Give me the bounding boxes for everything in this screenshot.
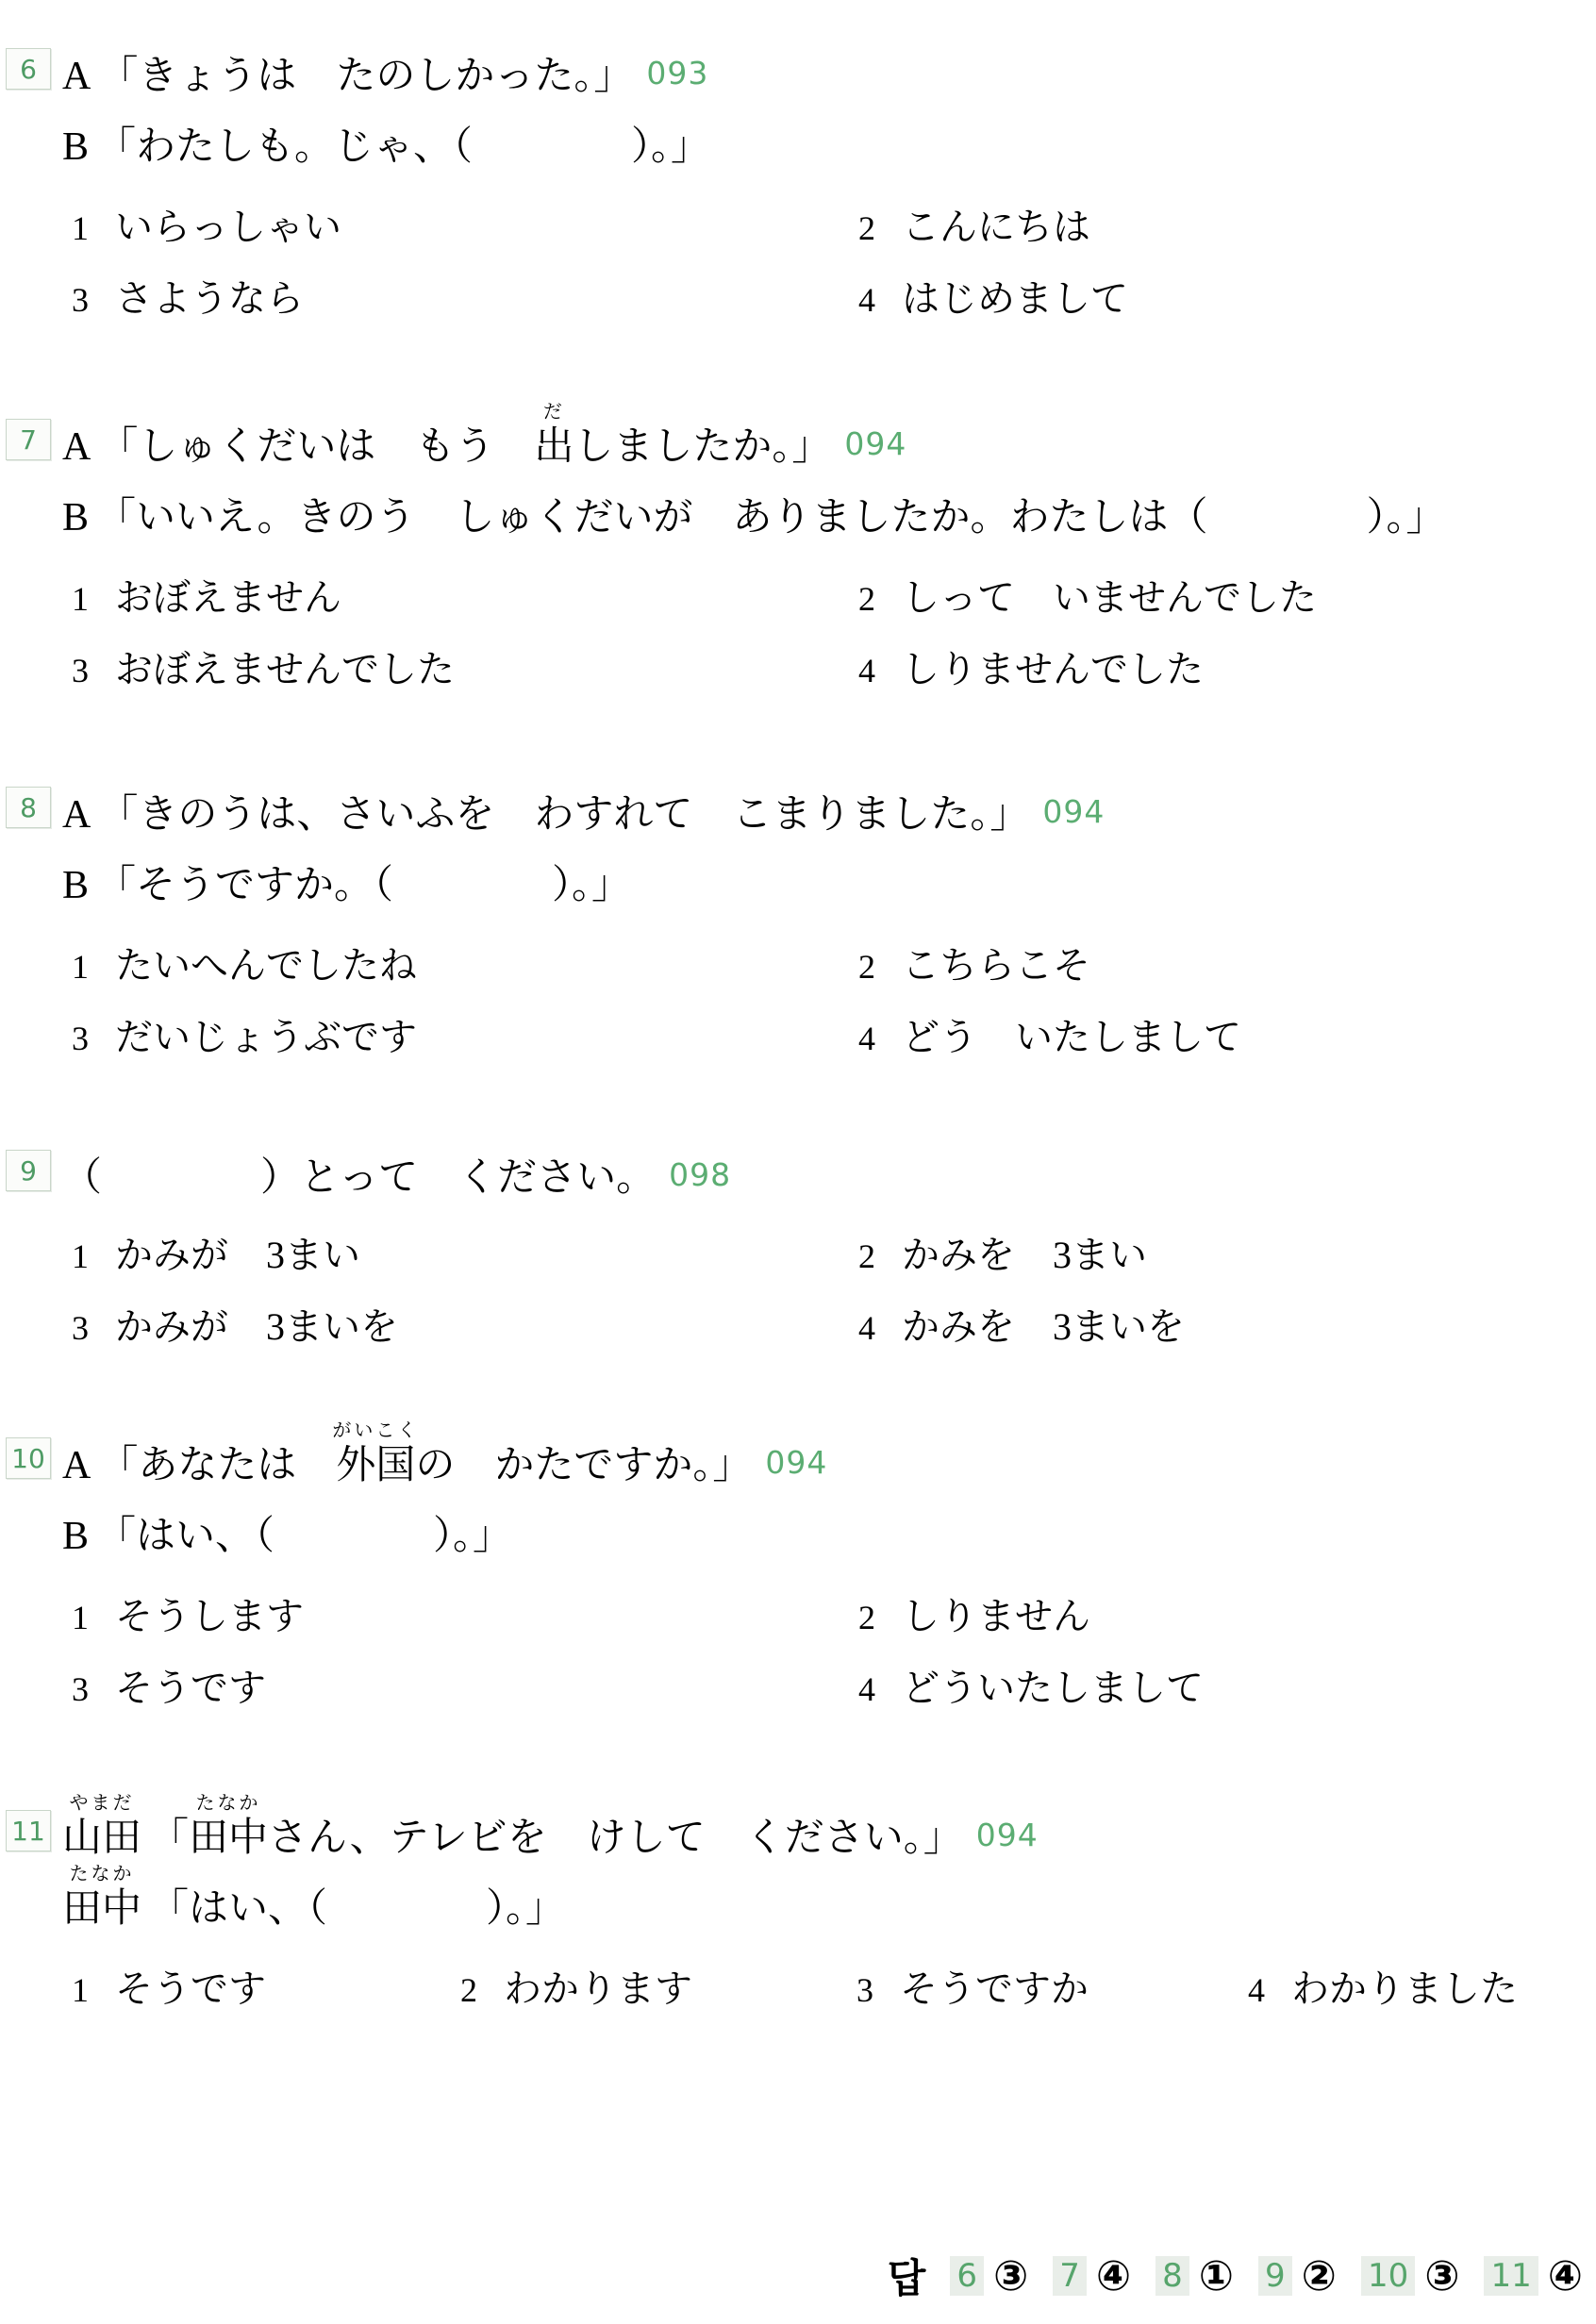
kanji-with-furigana: 田中たなか bbox=[62, 1887, 141, 1931]
option-1: 1そうです bbox=[62, 1953, 451, 2025]
answer-question-number: 7 bbox=[1053, 2256, 1087, 2296]
answer-item-11: 11④ bbox=[1484, 2252, 1583, 2300]
furigana: たなか bbox=[70, 1865, 135, 1884]
dialogue-text: 「きのうは、さいふを わすれて こまりました。」 bbox=[98, 793, 1029, 837]
question-body: A「きのうは、さいふを わすれて こまりました。」094 B「そうですか。（ ）… bbox=[62, 775, 1596, 1073]
option-number: 2 bbox=[849, 192, 902, 264]
stem-text: （ ）とって ください。 bbox=[62, 1156, 656, 1200]
option-text: しりませんでした bbox=[902, 648, 1204, 690]
speaker-label: A bbox=[62, 793, 91, 837]
answer-question-number: 11 bbox=[1484, 2256, 1538, 2296]
kanji-with-furigana: 田中たなか bbox=[189, 1817, 268, 1860]
option-text: かみが 3まいを bbox=[115, 1305, 398, 1348]
option-3: 3さようなら bbox=[62, 263, 849, 335]
dialogue-line-b: B「そうですか。（ ）。」 bbox=[62, 849, 1596, 922]
option-text: わかりました bbox=[1291, 1967, 1518, 2010]
option-number: 3 bbox=[62, 264, 115, 336]
option-number: 2 bbox=[849, 563, 902, 635]
options-grid: 1おぼえません 2しって いませんでした 3おぼえませんでした 4しりませんでし… bbox=[62, 562, 1596, 705]
option-number: 2 bbox=[849, 1582, 902, 1653]
option-1: 1いらっしゃい bbox=[62, 191, 849, 263]
speaker-label: A bbox=[62, 55, 91, 98]
option-number: 1 bbox=[62, 563, 115, 635]
question-body: A「きょうは たのしかった。」093 B「わたしも。じゃ、（ ）。」 1いらっし… bbox=[62, 37, 1596, 335]
options-row: 1そうです 2わかります 3そうですか 4わかりました bbox=[62, 1953, 1596, 2025]
option-text: おぼえません bbox=[115, 576, 341, 619]
question-body: A「しゅくだいは もう 出だしましたか。」094 B「いいえ。きのう しゅくだい… bbox=[62, 407, 1596, 705]
dialogue-text: 「わたしも。じゃ、（ ）。」 bbox=[96, 125, 710, 169]
answer-choice: ① bbox=[1199, 2252, 1234, 2300]
answer-question-number: 9 bbox=[1258, 2256, 1292, 2296]
dialogue-line-b: B「わたしも。じゃ、（ ）。」 bbox=[62, 110, 1596, 184]
options-grid: 1いらっしゃい 2こんにちは 3さようなら 4はじめまして bbox=[62, 191, 1596, 335]
question-number-badge: 6 bbox=[6, 48, 51, 90]
option-text: そうです bbox=[115, 1967, 266, 2010]
speaker-label: A bbox=[62, 425, 91, 469]
option-text: だいじょうぶです bbox=[115, 1016, 417, 1058]
option-2: 2かみを 3まい bbox=[849, 1220, 1596, 1291]
furigana: たなか bbox=[196, 1794, 261, 1813]
audio-track-number: 094 bbox=[765, 1444, 827, 1481]
option-3: 3かみが 3まいを bbox=[62, 1291, 849, 1363]
option-number: 1 bbox=[62, 1220, 115, 1292]
option-1: 1おぼえません bbox=[62, 562, 849, 634]
question-number-badge: 9 bbox=[6, 1150, 51, 1191]
speaker-label: B bbox=[62, 496, 89, 539]
option-number: 1 bbox=[62, 192, 115, 264]
question-6: 6 A「きょうは たのしかった。」093 B「わたしも。じゃ、（ ）。」 1いら… bbox=[0, 37, 1596, 335]
question-body: 山田やまだ「田中たなかさん、テレビを けして ください。」094 田中たなか「は… bbox=[62, 1799, 1596, 2025]
option-text: どういたしまして bbox=[902, 1667, 1204, 1709]
option-3: 3そうですか bbox=[847, 1953, 1239, 2025]
option-4: 4はじめまして bbox=[849, 263, 1596, 335]
answer-key-label: 답 bbox=[888, 2248, 926, 2304]
option-text: そうです bbox=[115, 1667, 266, 1709]
option-text: さようなら bbox=[115, 277, 304, 320]
option-text: こちらこそ bbox=[902, 944, 1090, 987]
question-body: A「あなたは 外国がいこくの かたですか。」094 B「はい、（ ）。」 1そう… bbox=[62, 1426, 1596, 1724]
question-number: 11 bbox=[11, 1816, 45, 1847]
option-2: 2しりません bbox=[849, 1581, 1596, 1652]
answer-question-number: 10 bbox=[1361, 2256, 1415, 2296]
dialogue-text: 「きょうは たのしかった。」 bbox=[98, 55, 633, 98]
answer-item-10: 10③ bbox=[1361, 2252, 1460, 2300]
question-9: 9 （ ）とって ください。098 1かみが 3まい 2かみを 3まい 3かみが… bbox=[0, 1138, 1596, 1363]
option-1: 1たいへんでしたね bbox=[62, 930, 849, 1002]
question-7: 7 A「しゅくだいは もう 出だしましたか。」094 B「いいえ。きのう しゅく… bbox=[0, 407, 1596, 705]
option-number: 1 bbox=[62, 931, 115, 1003]
option-text: たいへんでしたね bbox=[115, 944, 417, 987]
option-4: 4わかりました bbox=[1239, 1953, 1518, 2025]
answer-item-9: 9② bbox=[1258, 2252, 1337, 2300]
option-number: 4 bbox=[849, 1653, 902, 1725]
speaker-label: A bbox=[62, 1444, 91, 1487]
option-4: 4どう いたしまして bbox=[849, 1002, 1596, 1073]
option-number: 1 bbox=[62, 1582, 115, 1653]
option-number: 1 bbox=[62, 1954, 115, 2026]
question-body: （ ）とって ください。098 1かみが 3まい 2かみを 3まい 3かみが 3… bbox=[62, 1138, 1596, 1363]
option-text: おぼえませんでした bbox=[115, 648, 455, 690]
option-number: 3 bbox=[62, 635, 115, 706]
option-number: 2 bbox=[451, 1954, 504, 2026]
option-text: そうします bbox=[115, 1595, 304, 1637]
question-number: 6 bbox=[20, 54, 37, 85]
option-1: 1そうします bbox=[62, 1581, 849, 1652]
answer-item-7: 7④ bbox=[1053, 2252, 1131, 2300]
answer-choice: ④ bbox=[1096, 2252, 1131, 2300]
answer-key: 답 6③ 7④ 8① 9② 10③ 11④ bbox=[888, 2252, 1583, 2299]
question-11: 11 山田やまだ「田中たなかさん、テレビを けして ください。」094 田中たな… bbox=[0, 1799, 1596, 2025]
dialogue-line-b: B「はい、（ ）。」 bbox=[62, 1500, 1596, 1573]
option-4: 4どういたしまして bbox=[849, 1652, 1596, 1724]
dialogue-line-a: A「あなたは 外国がいこくの かたですか。」094 bbox=[62, 1426, 1596, 1500]
option-number: 4 bbox=[849, 264, 902, 336]
dialogue-text: 「田中たなかさん、テレビを けして ください。」 bbox=[149, 1817, 963, 1860]
option-2: 2わかります bbox=[451, 1953, 847, 2025]
furigana: やまだ bbox=[70, 1794, 135, 1813]
option-text: どう いたしまして bbox=[902, 1016, 1241, 1058]
option-text: かみを 3まいを bbox=[902, 1305, 1185, 1348]
option-text: しりません bbox=[902, 1595, 1090, 1637]
dialogue-line-b: B「いいえ。きのう しゅくだいが ありましたか。わたしは（ ）。」 bbox=[62, 481, 1596, 555]
question-number-badge: 11 bbox=[6, 1810, 51, 1851]
answer-choice: ② bbox=[1302, 2252, 1337, 2300]
speaker-label: B bbox=[62, 864, 89, 907]
dialogue-line-a: A「きょうは たのしかった。」093 bbox=[62, 37, 1596, 110]
option-number: 3 bbox=[62, 1653, 115, 1725]
furigana: だ bbox=[543, 403, 565, 422]
question-number: 7 bbox=[20, 424, 37, 456]
options-grid: 1たいへんでしたね 2こちらこそ 3だいじょうぶです 4どう いたしまして bbox=[62, 930, 1596, 1073]
question-number-badge: 10 bbox=[6, 1437, 51, 1479]
option-text: しって いませんでした bbox=[902, 576, 1317, 619]
option-3: 3だいじょうぶです bbox=[62, 1002, 849, 1073]
answer-choice: ③ bbox=[993, 2252, 1028, 2300]
option-number: 2 bbox=[849, 1220, 902, 1292]
option-number: 3 bbox=[62, 1003, 115, 1074]
option-1: 1かみが 3まい bbox=[62, 1220, 849, 1291]
question-10: 10 A「あなたは 外国がいこくの かたですか。」094 B「はい、（ ）。」 … bbox=[0, 1426, 1596, 1724]
option-text: わかります bbox=[504, 1967, 692, 2010]
speaker-label: 山田やまだ bbox=[62, 1817, 141, 1860]
question-8: 8 A「きのうは、さいふを わすれて こまりました。」094 B「そうですか。（… bbox=[0, 775, 1596, 1073]
option-number: 4 bbox=[849, 635, 902, 706]
option-text: こんにちは bbox=[902, 206, 1090, 248]
options-grid: 1かみが 3まい 2かみを 3まい 3かみが 3まいを 4かみを 3まいを bbox=[62, 1220, 1596, 1363]
dialogue-line-a: A「きのうは、さいふを わすれて こまりました。」094 bbox=[62, 775, 1596, 849]
audio-track-number: 094 bbox=[844, 425, 906, 462]
option-number: 3 bbox=[62, 1292, 115, 1364]
question-number: 8 bbox=[20, 792, 37, 823]
option-text: かみが 3まい bbox=[115, 1234, 360, 1276]
audio-track-number: 094 bbox=[976, 1817, 1039, 1853]
question-number: 10 bbox=[11, 1443, 45, 1474]
option-number: 3 bbox=[847, 1954, 900, 2026]
kanji-with-furigana: 外国がいこく bbox=[336, 1444, 415, 1487]
audio-track-number: 094 bbox=[1042, 793, 1105, 830]
kanji-with-furigana: 山田やまだ bbox=[62, 1817, 141, 1860]
audio-track-number: 093 bbox=[646, 55, 708, 91]
dialogue-line-a: A「しゅくだいは もう 出だしましたか。」094 bbox=[62, 407, 1596, 481]
kanji-with-furigana: 出だ bbox=[534, 425, 574, 469]
dialogue-text: 「はい、（ ）。」 bbox=[96, 1515, 512, 1558]
test-page: { "page": {"background": "#ffffff"}, "co… bbox=[0, 0, 1596, 2324]
option-2: 2こちらこそ bbox=[849, 930, 1596, 1002]
option-number: 4 bbox=[1239, 1954, 1291, 2026]
answer-item-6: 6③ bbox=[950, 2252, 1028, 2300]
option-number: 4 bbox=[849, 1003, 902, 1074]
option-4: 4しりませんでした bbox=[849, 634, 1596, 705]
answer-choice: ④ bbox=[1548, 2252, 1583, 2300]
dialogue-line-tanaka: 田中たなか「はい、（ ）。」 bbox=[62, 1872, 1596, 1946]
options-grid: 1そうします 2しりません 3そうです 4どういたしまして bbox=[62, 1581, 1596, 1724]
dialogue-text: 「いいえ。きのう しゅくだいが ありましたか。わたしは（ ）。」 bbox=[96, 496, 1446, 539]
option-text: はじめまして bbox=[902, 277, 1128, 320]
option-4: 4かみを 3まいを bbox=[849, 1291, 1596, 1363]
answer-choice: ③ bbox=[1424, 2252, 1459, 2300]
audio-track-number: 098 bbox=[669, 1156, 731, 1193]
question-number-badge: 8 bbox=[6, 787, 51, 828]
answer-question-number: 6 bbox=[950, 2256, 984, 2296]
answer-question-number: 8 bbox=[1155, 2256, 1189, 2296]
option-text: いらっしゃい bbox=[115, 206, 341, 248]
speaker-label: 田中たなか bbox=[62, 1887, 141, 1931]
dialogue-text: 「しゅくだいは もう 出だしましたか。」 bbox=[98, 425, 831, 469]
option-2: 2こんにちは bbox=[849, 191, 1596, 263]
option-number: 4 bbox=[849, 1292, 902, 1364]
dialogue-text: 「はい、（ ）。」 bbox=[149, 1887, 565, 1931]
question-stem: （ ）とって ください。098 bbox=[62, 1138, 1596, 1212]
speaker-label: B bbox=[62, 125, 89, 169]
option-3: 3おぼえませんでした bbox=[62, 634, 849, 705]
furigana: がいこく bbox=[332, 1421, 419, 1440]
option-text: かみを 3まい bbox=[902, 1234, 1147, 1276]
option-number: 2 bbox=[849, 931, 902, 1003]
option-3: 3そうです bbox=[62, 1652, 849, 1724]
dialogue-text: 「あなたは 外国がいこくの かたですか。」 bbox=[98, 1444, 752, 1487]
dialogue-line-yamada: 山田やまだ「田中たなかさん、テレビを けして ください。」094 bbox=[62, 1799, 1596, 1872]
question-number: 9 bbox=[20, 1155, 37, 1187]
option-2: 2しって いませんでした bbox=[849, 562, 1596, 634]
option-text: そうですか bbox=[900, 1967, 1089, 2010]
answer-item-8: 8① bbox=[1155, 2252, 1234, 2300]
question-number-badge: 7 bbox=[6, 419, 51, 460]
speaker-label: B bbox=[62, 1515, 89, 1558]
dialogue-text: 「そうですか。（ ）。」 bbox=[96, 864, 631, 907]
